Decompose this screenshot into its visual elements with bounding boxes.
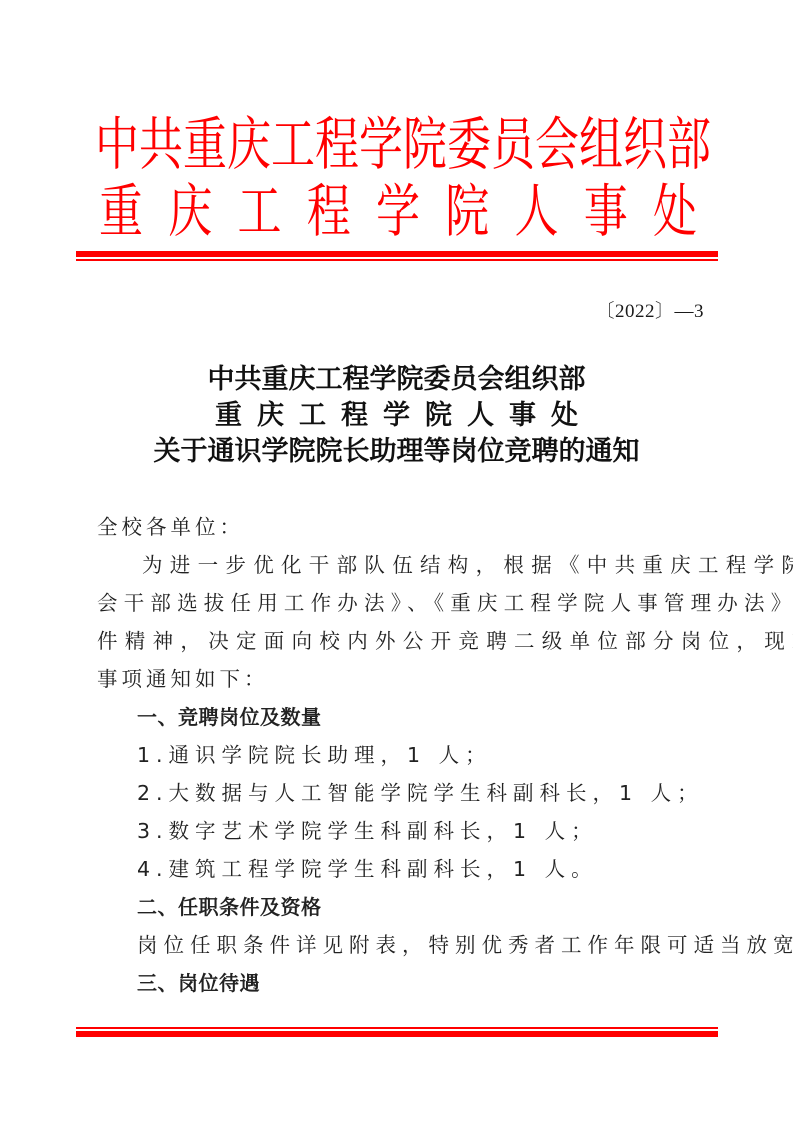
masthead-char: 工: [234, 183, 286, 258]
rule-thick: [76, 1031, 718, 1037]
position-item: 2.大数据与人工智能学院学生科副科长，1 人；: [97, 774, 697, 812]
intro-line-3: 件精神，决定面向校内外公开竞聘二级单位部分岗位，现就有关: [97, 622, 697, 660]
section-heading-benefits: 三、岗位待遇: [97, 964, 697, 1002]
section-heading-positions: 一、竞聘岗位及数量: [97, 698, 697, 736]
intro-line-2: 会干部选拔任用工作办法》、《重庆工程学院人事管理办法》等文: [97, 584, 697, 622]
title-line-1: 中共重庆工程学院委员会组织部: [0, 362, 793, 398]
position-item: 4.建筑工程学院学生科副科长，1 人。: [97, 850, 697, 888]
masthead-char: 处: [649, 183, 701, 258]
masthead-char: 庆: [164, 183, 216, 258]
position-item: 3.数字艺术学院学生科副科长，1 人；: [97, 812, 697, 850]
intro-line-1: 为进一步优化干部队伍结构，根据《中共重庆工程学院委员: [97, 546, 697, 584]
title-line-3: 关于通识学院院长助理等岗位竞聘的通知: [0, 434, 793, 470]
rule-thin: [76, 259, 718, 261]
position-item: 1.通识学院院长助理，1 人；: [97, 736, 697, 774]
masthead-char: 院: [441, 183, 493, 258]
masthead-char: 事: [580, 183, 632, 258]
document-body: 全校各单位： 为进一步优化干部队伍结构，根据《中共重庆工程学院委员 会干部选拔任…: [97, 508, 697, 1002]
masthead-line-organization-dept: 中 共 重 庆 工 程 学 院 委 员 会 组 织 部: [95, 116, 701, 174]
masthead-char: 学: [372, 183, 424, 258]
section-heading-qualifications: 二、任职条件及资格: [97, 888, 697, 926]
masthead-char: 人: [511, 183, 563, 258]
masthead-char: 重: [95, 183, 147, 258]
header-red-rule: [76, 251, 718, 261]
salutation: 全校各单位：: [97, 508, 697, 546]
document-title: 中共重庆工程学院委员会组织部 重庆工程学院人事处 关于通识学院院长助理等岗位竞聘…: [0, 362, 793, 470]
intro-line-4: 事项通知如下：: [97, 660, 697, 698]
masthead-line-hr-office: 重 庆 工 程 学 院 人 事 处: [95, 183, 701, 241]
document-number: 〔2022〕—3: [595, 296, 704, 323]
title-line-2: 重庆工程学院人事处: [0, 398, 793, 434]
qualification-text: 岗位任职条件详见附表，特别优秀者工作年限可适当放宽。: [97, 926, 697, 964]
masthead-char: 程: [303, 183, 355, 258]
footer-red-rule: [76, 1027, 718, 1037]
